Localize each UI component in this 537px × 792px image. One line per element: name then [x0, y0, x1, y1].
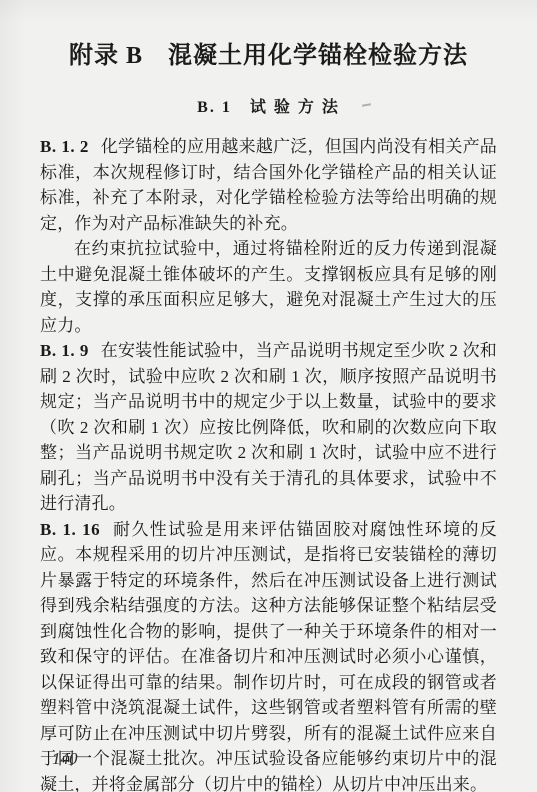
paragraph-label: B. 1. 9 — [40, 341, 89, 360]
paragraph-text: 化学锚栓的应用越来越广泛，但国内尚没有相关产品标准，本次规程修订时，结合国外化学… — [40, 137, 497, 233]
paragraph-text: 在约束抗拉试验中，通过将锚栓附近的反力传递到混凝土中避免混凝土锥体破坏的产生。支… — [40, 239, 497, 335]
paragraph-label: B. 1. 16 — [40, 520, 100, 539]
paragraph-constrained-tension: 在约束抗拉试验中，通过将锚栓附近的反力传递到混凝土中避免混凝土锥体破坏的产生。支… — [40, 236, 497, 338]
paragraph-b-1-2: B. 1. 2化学锚栓的应用越来越广泛，但国内尚没有相关产品标准，本次规程修订时… — [40, 134, 497, 236]
paragraph-text: 耐久性试验是用来评估锚固胶对腐蚀性环境的反应。本规程采用的切片冲压测试，是指将已… — [40, 520, 497, 792]
paragraph-label: B. 1. 2 — [40, 137, 89, 156]
page-number: 140 — [52, 749, 78, 769]
paragraph-text: 在安装性能试验中，当产品说明书规定至少吹 2 次和刷 2 次时，试验中应吹 2 … — [40, 341, 497, 513]
appendix-title: 附录 B 混凝土用化学锚栓检验方法 — [40, 40, 497, 72]
section-heading: B. 1 试 验 方 法 — [40, 98, 497, 118]
document-page: 附录 B 混凝土用化学锚栓检验方法 B. 1 试 验 方 法 B. 1. 2化学… — [0, 0, 537, 792]
paragraph-b-1-16: B. 1. 16耐久性试验是用来评估锚固胶对腐蚀性环境的反应。本规程采用的切片冲… — [40, 517, 497, 792]
paragraph-b-1-9: B. 1. 9在安装性能试验中，当产品说明书规定至少吹 2 次和刷 2 次时，试… — [40, 338, 497, 517]
body-text: B. 1. 2化学锚栓的应用越来越广泛，但国内尚没有相关产品标准，本次规程修订时… — [40, 134, 497, 792]
